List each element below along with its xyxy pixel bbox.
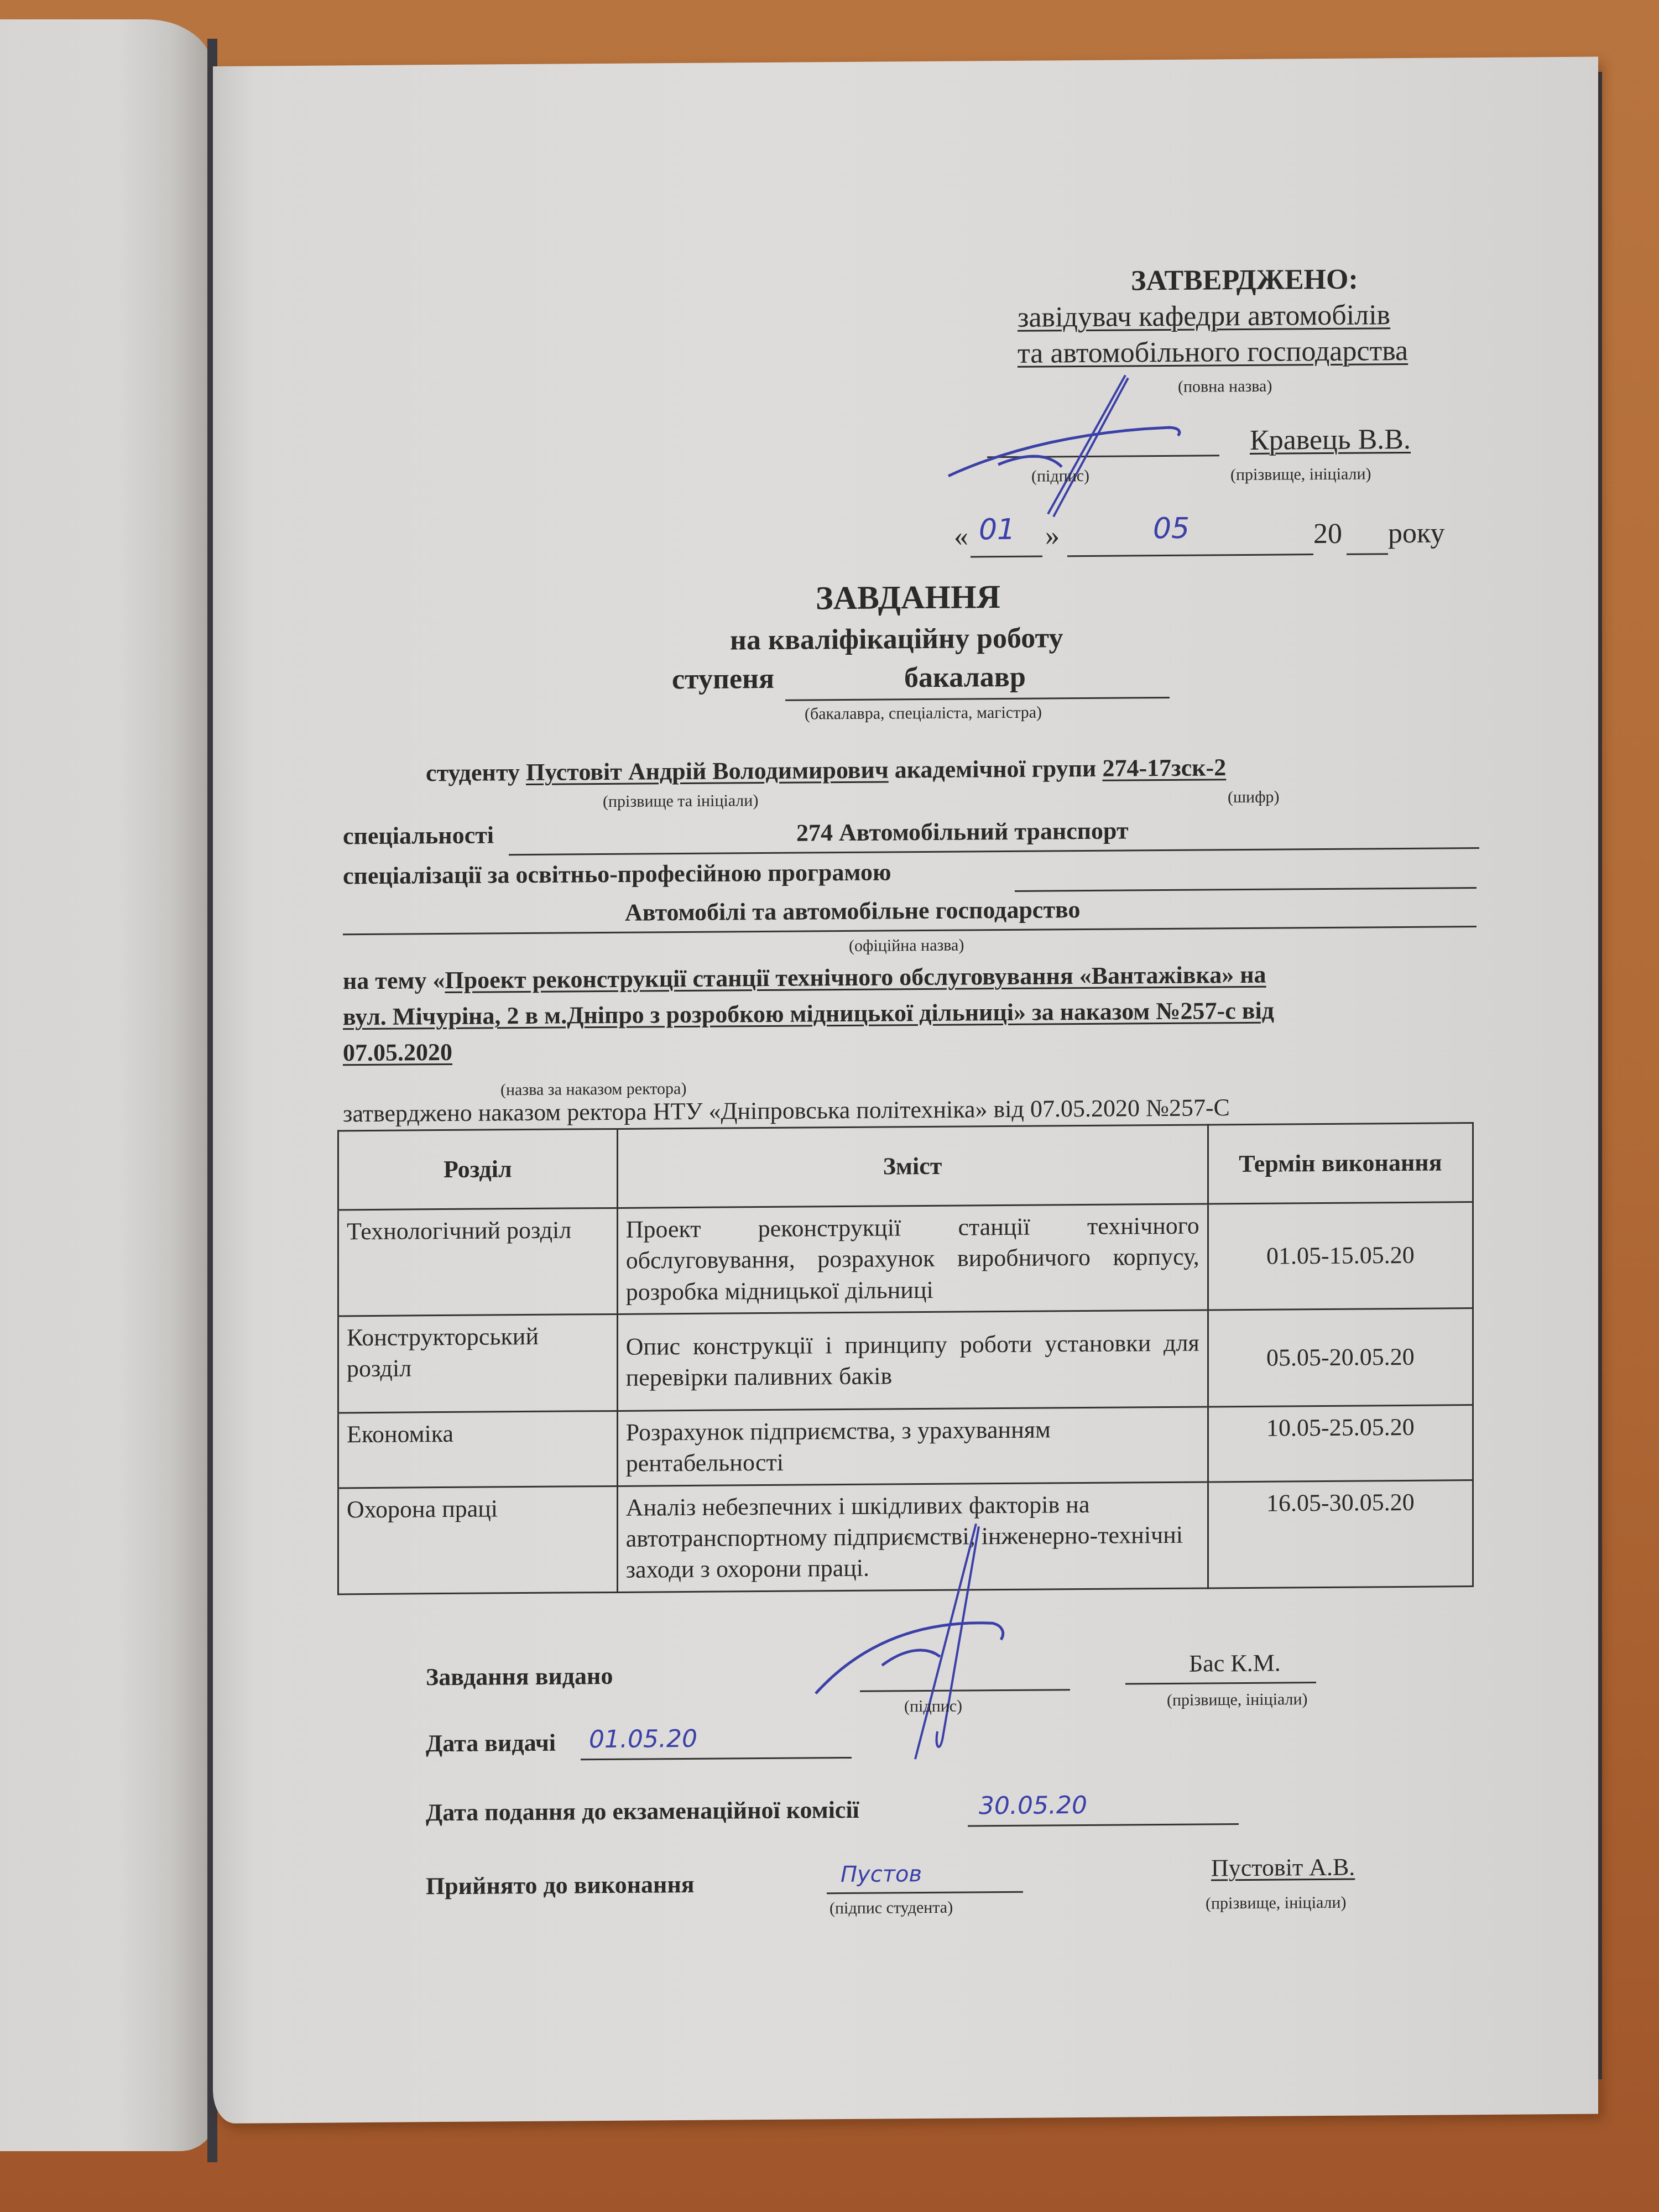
- issued-signature-icon: [810, 1520, 1076, 1765]
- row-term: 16.05-30.05.20: [1208, 1480, 1473, 1588]
- row-section: Конструкторський розділ: [338, 1314, 618, 1413]
- approval-title: ЗАТВЕРДЖЕНО:: [1131, 263, 1358, 298]
- student-group: 274-17зск-2: [1102, 754, 1226, 782]
- table-header-row: Розділ Зміст Термін виконання: [338, 1123, 1473, 1210]
- document-title: ЗАВДАННЯ: [816, 578, 1000, 617]
- student-signature-caption: (підпис студента): [830, 1898, 953, 1918]
- row-term: 10.05-25.05.20: [1208, 1405, 1473, 1482]
- issued-name-caption: (прізвище, ініціали): [1167, 1690, 1308, 1710]
- program-caption: (офіційна назва): [849, 936, 964, 956]
- issued-signature-caption: (підпис): [904, 1697, 962, 1717]
- degree-line: [785, 697, 1170, 701]
- program-line: [343, 926, 1477, 935]
- table-row: Економіка Розрахунок підприємства, з ура…: [338, 1405, 1473, 1488]
- row-content: Проект реконструкції станції технічного …: [617, 1204, 1208, 1314]
- row-term: 01.05-15.05.20: [1208, 1202, 1473, 1310]
- date-year-suffix: року: [1388, 517, 1445, 550]
- topic-prefix: на тему «: [343, 967, 445, 994]
- approval-signature-icon: [943, 369, 1219, 531]
- left-page: [0, 19, 213, 2151]
- student-group-caption: (шифр): [1228, 788, 1280, 807]
- row-content: Розрахунок підприємства, з урахуванням р…: [617, 1407, 1208, 1486]
- issue-date-label: Дата видачі: [426, 1729, 556, 1758]
- student-group-label: академічної групи: [895, 755, 1097, 784]
- degree-label: ступеня: [672, 662, 774, 696]
- student-signature: Пустов: [841, 1861, 922, 1887]
- header-content: Зміст: [617, 1125, 1208, 1208]
- row-term: 05.05-20.05.20: [1208, 1308, 1473, 1407]
- specialization-label: спеціалізації за освітньо-професійною пр…: [343, 858, 891, 890]
- topic-text-line1: Проект реконструкції станції технічного …: [445, 961, 1266, 994]
- approval-signature-caption: (підпис): [1031, 467, 1089, 486]
- program-value: Автомобілі та автомобільне господарство: [625, 895, 1080, 927]
- submission-label: Дата подання до екзаменаційної комісії: [426, 1796, 859, 1827]
- date-year-prefix: 20: [1313, 518, 1342, 550]
- approval-name: Кравець В.В.: [1250, 423, 1411, 457]
- submission-date-value: 30.05.20: [979, 1791, 1087, 1820]
- date-month-line: [1067, 554, 1313, 557]
- specialization-line: [1015, 887, 1477, 892]
- date-year-line: [1347, 553, 1388, 555]
- specialty-value: 274 Автомобільний транспорт: [796, 816, 1129, 847]
- degree-value: бакалавр: [904, 661, 1026, 695]
- degree-caption: (бакалавра, спеціаліста, магістра): [805, 703, 1042, 724]
- table-row: Технологічний розділ Проект реконструкці…: [338, 1202, 1473, 1316]
- student-line: студенту Пустовіт Андрій Володимирович а…: [426, 753, 1226, 787]
- specialty-label: спеціальності: [343, 821, 494, 850]
- student-prefix: студенту: [426, 759, 520, 786]
- issue-date-value: 01.05.20: [589, 1725, 697, 1754]
- date-open-quote: «: [954, 520, 968, 552]
- issued-name: Бас К.М.: [1189, 1649, 1281, 1678]
- submission-date-line: [968, 1823, 1239, 1827]
- issued-name-line: [1125, 1682, 1316, 1684]
- header-term: Термін виконання: [1208, 1123, 1473, 1204]
- row-content: Опис конструкції і принципу роботи устан…: [617, 1310, 1208, 1411]
- issued-label: Завдання видано: [426, 1662, 613, 1691]
- row-section: Технологічний розділ: [338, 1208, 618, 1316]
- approval-position-line2: та автомобільного господарства: [1018, 335, 1408, 370]
- student-signature-line: [827, 1891, 1023, 1894]
- topic-caption: (назва за наказом ректора): [500, 1079, 686, 1099]
- topic-text-line2: вул. Мічуріна, 2 в м.Дніпро з розробкою …: [343, 997, 1274, 1031]
- document-subtitle: на кваліфікаційну роботу: [730, 622, 1063, 656]
- date-close-quote: »: [1045, 519, 1060, 552]
- date-day: 01: [979, 513, 1015, 546]
- accepted-label: Прийнято до виконання: [426, 1870, 695, 1900]
- header-section: Розділ: [338, 1129, 618, 1210]
- student-name-caption: (прізвище та ініціали): [603, 791, 758, 811]
- topic-line1: на тему «Проект реконструкції станції те…: [343, 961, 1266, 995]
- topic-text-line3: 07.05.2020: [343, 1038, 452, 1067]
- topic-approval: затверджено наказом ректора НТУ «Дніпров…: [343, 1093, 1230, 1128]
- row-section: Охорона праці: [338, 1486, 618, 1594]
- student-name-short: Пустовіт А.В.: [1211, 1853, 1355, 1882]
- document-page: ЗАТВЕРДЖЕНО: завідувач кафедри автомобіл…: [213, 57, 1598, 2124]
- approval-name-caption: (прізвище, ініціали): [1230, 465, 1371, 484]
- student-name: Пустовіт Андрій Володимирович: [526, 756, 889, 786]
- student-name-short-caption: (прізвище, ініціали): [1206, 1893, 1347, 1913]
- specialty-line: [509, 847, 1479, 855]
- row-section: Економіка: [338, 1411, 618, 1488]
- date-day-line: [971, 556, 1042, 558]
- date-month: 05: [1153, 512, 1190, 545]
- approval-position-line1: завідувач кафедри автомобілів: [1018, 299, 1390, 334]
- table-row: Конструкторський розділ Опис конструкції…: [338, 1308, 1473, 1413]
